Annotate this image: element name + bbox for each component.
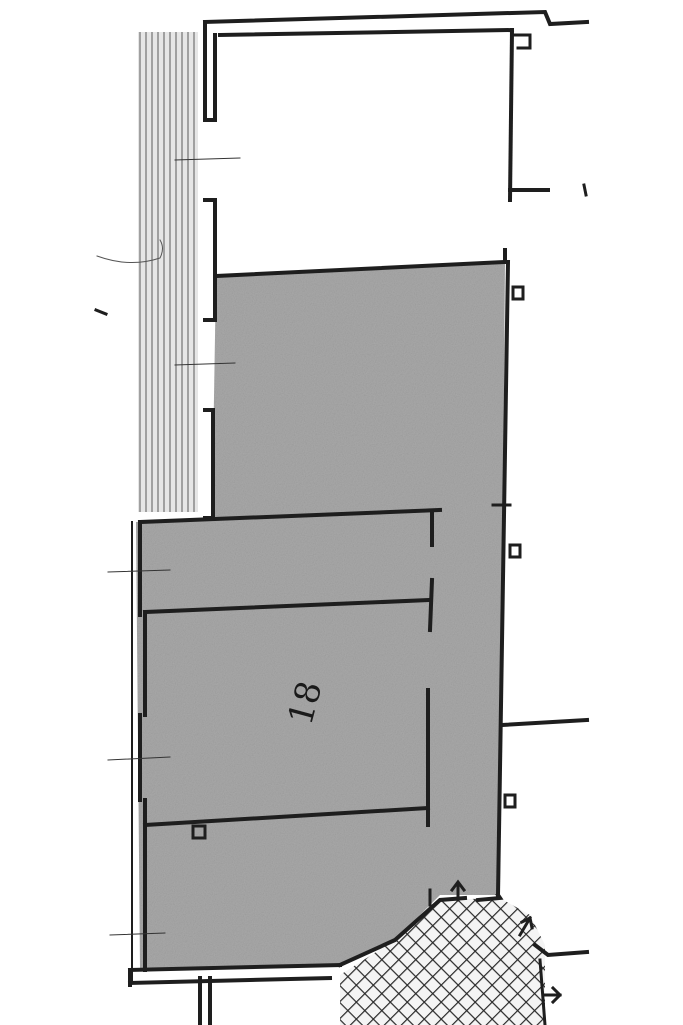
balcony-hatch [138,32,198,512]
floor-plan [0,0,683,1025]
